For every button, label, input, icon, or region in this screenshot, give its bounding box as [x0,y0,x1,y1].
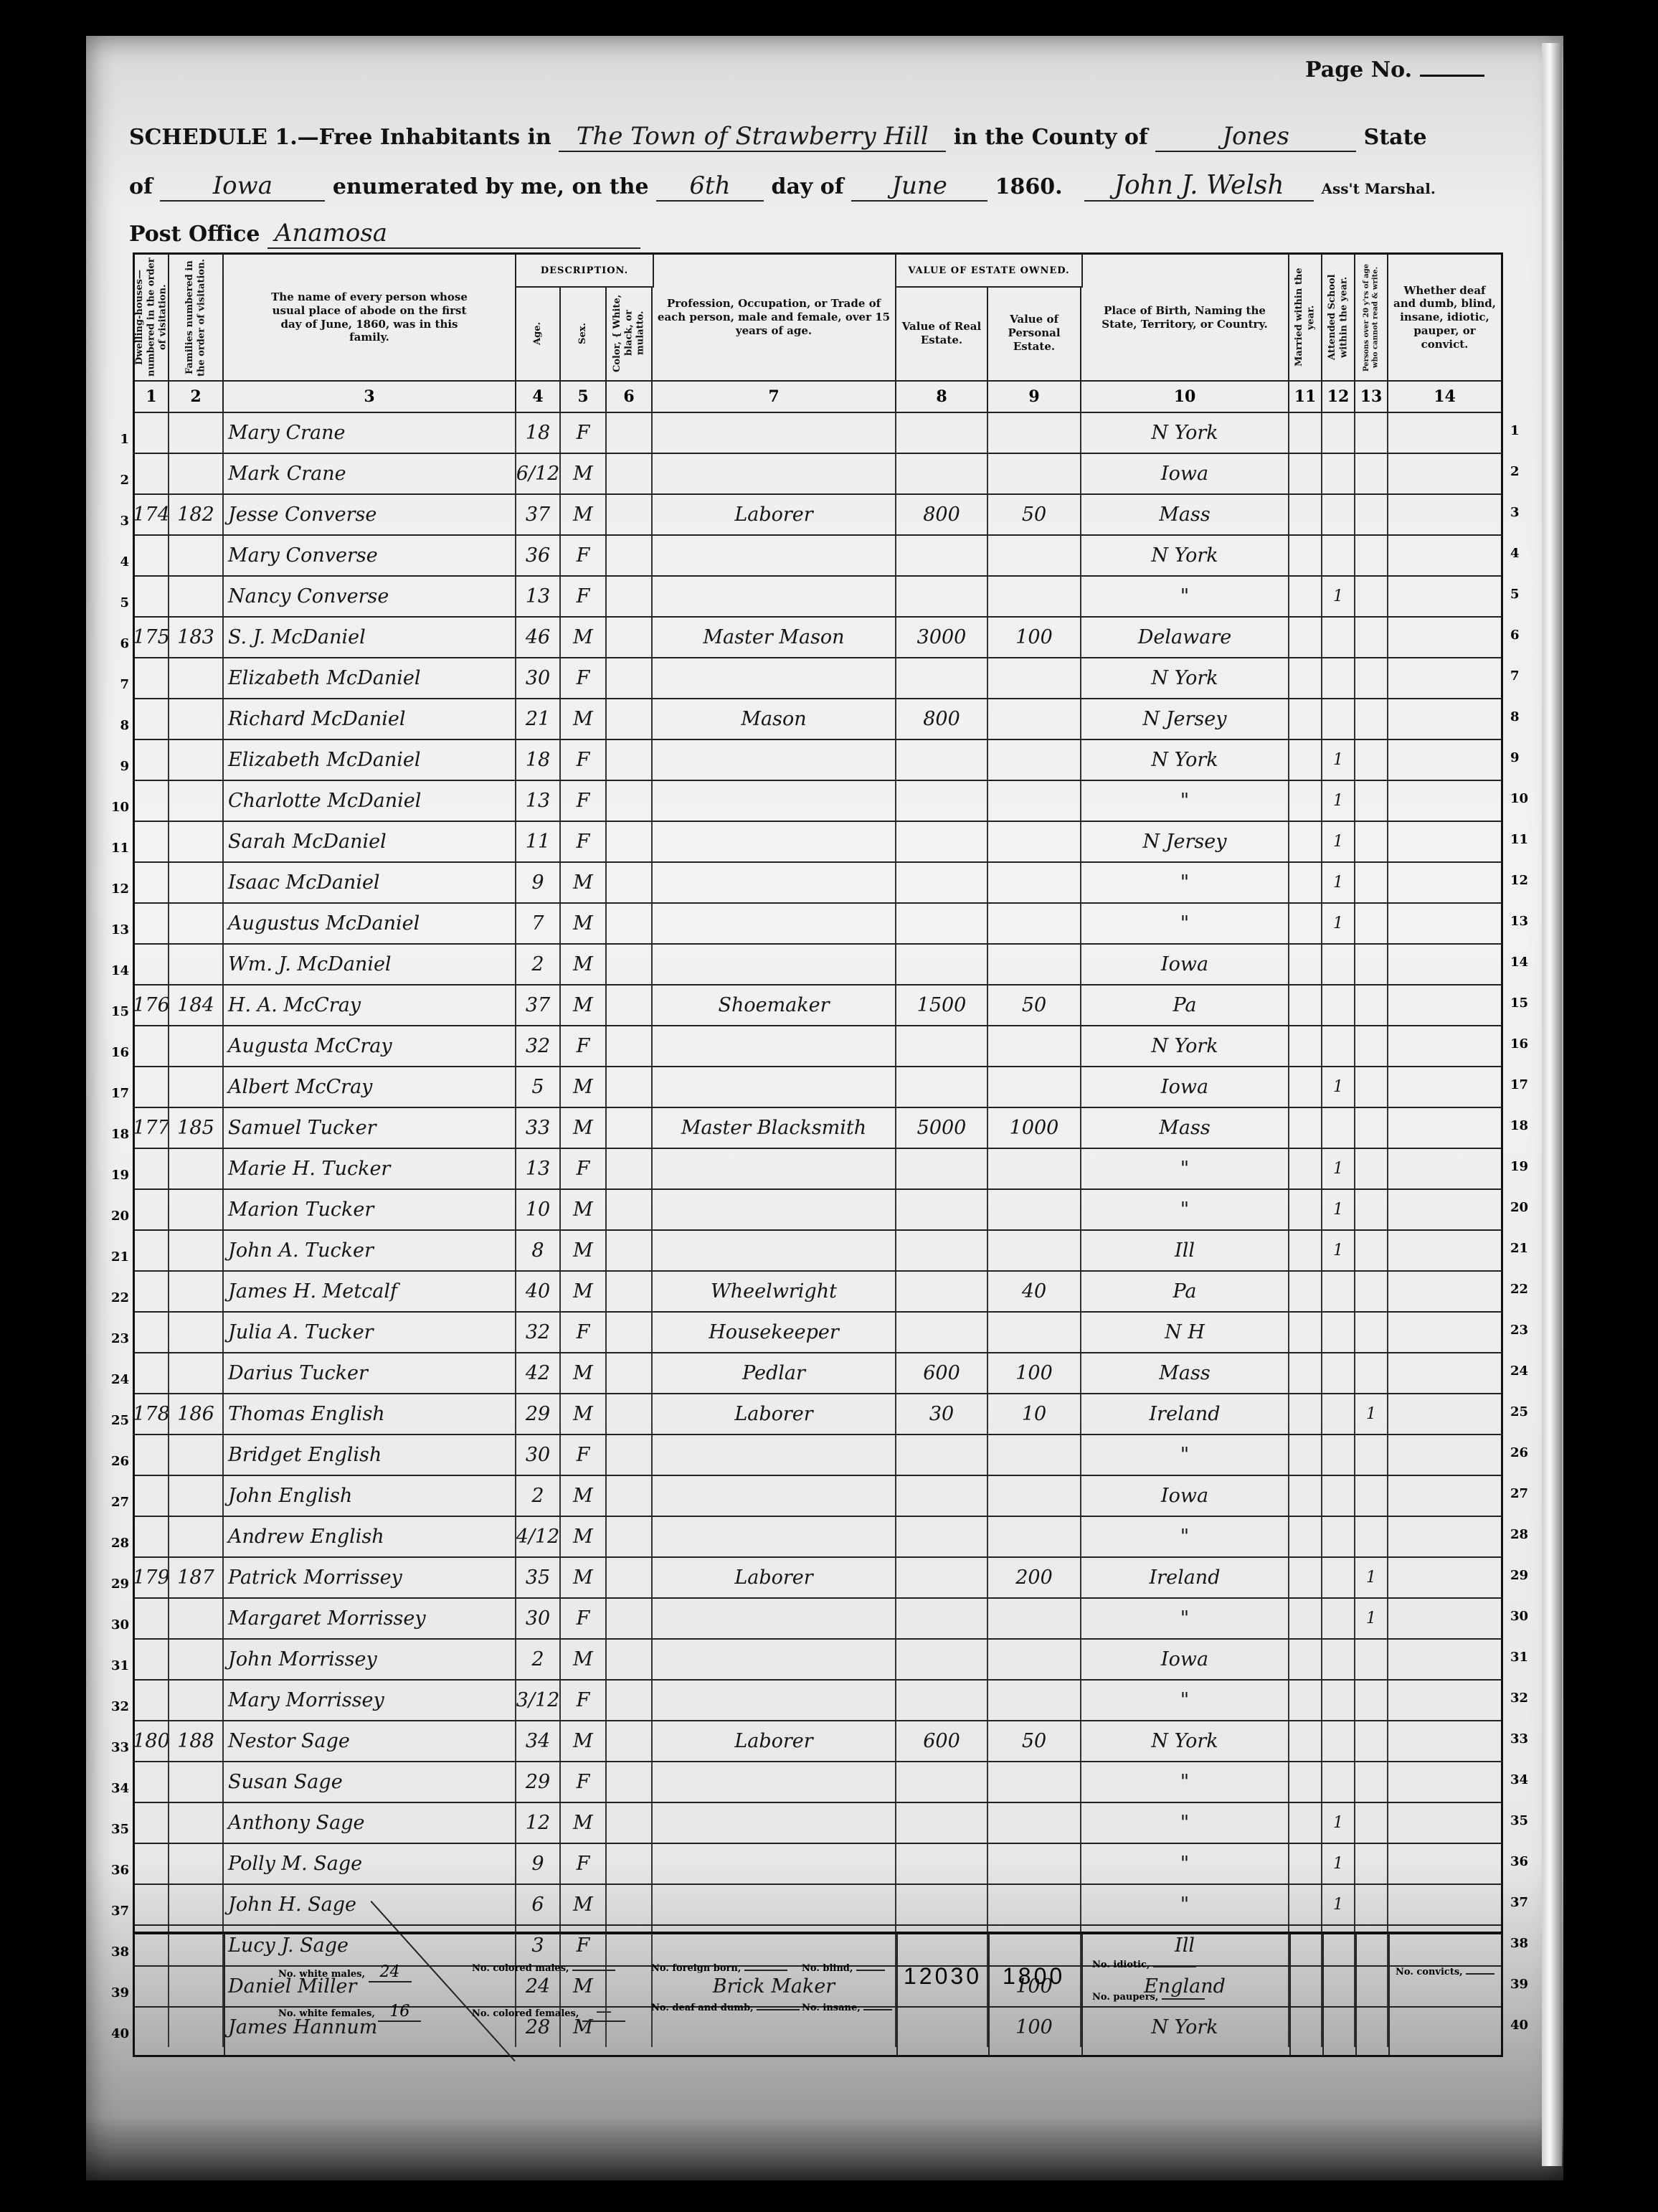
married-mark [1289,1026,1322,1066]
real-estate-value [896,1435,988,1475]
personal-estate-value [988,1517,1081,1556]
person-occupation [653,1231,896,1270]
married-mark [1289,1353,1322,1393]
white-females-summary: No. white females, 16 [278,2003,421,2022]
line-number-right: 1 [1510,423,1539,438]
blind-label: No. blind, [802,1963,853,1974]
line-number-left: 17 [100,1086,129,1101]
person-age: 29 [516,1394,561,1434]
illiterate-mark [1355,1026,1388,1066]
person-sex: F [561,1599,607,1638]
person-color [607,1231,653,1270]
person-name: Margaret Morrissey [224,1599,516,1638]
table-row: 22Mark Crane6/12MIowa [135,453,1501,493]
person-sex: M [561,986,607,1025]
personal-estate-value [988,822,1081,861]
disability-note [1388,904,1501,943]
real-estate-value [896,1558,988,1597]
person-sex: M [561,1394,607,1434]
illiterate-mark [1355,1190,1388,1229]
disability-note [1388,1149,1501,1188]
school-mark: 1 [1322,1149,1355,1188]
personal-estate-value [988,1640,1081,1679]
person-age: 9 [516,863,561,902]
marshal-label: Ass't Marshal. [1321,180,1435,197]
married-mark [1289,1394,1322,1434]
person-color [607,577,653,616]
person-color [607,781,653,821]
person-age: 11 [516,822,561,861]
line-number-left: 35 [100,1822,129,1837]
person-sex: M [561,904,607,943]
line-number-right: 38 [1510,1936,1539,1951]
col-head-real-estate-text: Value of Real Estate. [899,320,984,347]
col-num-7: 7 [653,380,896,412]
birthplace: " [1081,577,1289,616]
illiterate-mark [1355,740,1388,780]
person-color [607,495,653,534]
illiterate-mark [1355,536,1388,575]
birthplace: Pa [1081,986,1289,1025]
person-name: Isaac McDaniel [224,863,516,902]
real-estate-value [896,454,988,493]
birthplace: N Jersey [1081,822,1289,861]
illiterate-mark [1355,1476,1388,1516]
illiterate-mark [1355,1517,1388,1556]
real-estate-value [896,1681,988,1720]
table-row: 2424Darius Tucker42MPedlar600100Mass [135,1352,1501,1393]
family-number [169,1313,224,1352]
person-color [607,1762,653,1802]
school-mark [1322,536,1355,575]
school-mark: 1 [1322,1844,1355,1883]
line-number-left: 37 [100,1904,129,1919]
dwelling-number [135,1190,169,1229]
married-mark [1289,1190,1322,1229]
family-number: 188 [169,1721,224,1761]
school-mark [1322,1476,1355,1516]
line-number-right: 29 [1510,1568,1539,1583]
person-color [607,1885,653,1924]
day-of-label: day of [771,174,843,199]
disability-note [1388,1721,1501,1761]
line-number-left: 13 [100,922,129,937]
person-color [607,986,653,1025]
real-estate-value [896,740,988,780]
census-rows: 11Mary Crane18FN York22Mark Crane6/12MIo… [135,412,1501,2047]
col-head-birthplace: Place of Birth, Naming the State, Territ… [1081,255,1289,380]
illiterate-mark [1355,1108,1388,1148]
person-name: Mark Crane [224,454,516,493]
schedule-label: SCHEDULE 1.—Free Inhabitants in [129,125,551,150]
illiterate-mark [1355,1231,1388,1270]
table-row: 88Richard McDaniel21MMason800N Jersey [135,698,1501,739]
school-mark [1322,1640,1355,1679]
illiterate-mark [1355,1313,1388,1352]
disability-note [1388,1844,1501,1883]
line-number-left: 16 [100,1045,129,1060]
birthplace: " [1081,863,1289,902]
family-number [169,536,224,575]
family-number [169,1190,224,1229]
table-row: 3434Susan Sage29F" [135,1761,1501,1802]
line-number-right: 33 [1510,1731,1539,1747]
person-sex: M [561,454,607,493]
person-sex: M [561,699,607,739]
disability-note [1388,1640,1501,1679]
deaf-dumb-count [757,2009,800,2010]
person-occupation [653,1517,896,1556]
line-number-right: 2 [1510,464,1539,479]
table-row: 3333180188Nestor Sage34MLaborer60050N Yo… [135,1720,1501,1761]
dwelling-number [135,1353,169,1393]
family-number [169,1885,224,1924]
disability-note [1388,454,1501,493]
person-sex: M [561,1517,607,1556]
person-name: Augustus McDaniel [224,904,516,943]
person-color [607,1435,653,1475]
line-number-right: 39 [1510,1977,1539,1992]
birthplace: " [1081,1844,1289,1883]
married-mark [1289,1435,1322,1475]
person-sex: F [561,740,607,780]
dwelling-number [135,1517,169,1556]
school-mark: 1 [1322,822,1355,861]
person-occupation: Wheelwright [653,1272,896,1311]
birthplace: N York [1081,740,1289,780]
person-name: Samuel Tucker [224,1108,516,1148]
illiterate-mark [1355,863,1388,902]
family-number: 184 [169,986,224,1025]
line-number-left: 12 [100,882,129,897]
table-row: 44Mary Converse36FN York [135,534,1501,575]
person-color [607,1108,653,1148]
col-head-illiterate-text: Persons over 20 y'rs of age who cannot r… [1363,257,1380,377]
school-mark [1322,1721,1355,1761]
col-head-occupation: Profession, Occupation, or Trade of each… [653,255,896,380]
disability-note [1388,1394,1501,1434]
line-number-right: 7 [1510,668,1539,684]
estate-group-head: VALUE OF ESTATE OWNED. [896,255,1083,288]
birthplace: " [1081,1517,1289,1556]
page-number-value [1420,75,1484,77]
married-mark [1289,536,1322,575]
line-number-right: 32 [1510,1691,1539,1706]
line-number-right: 12 [1510,873,1539,888]
person-occupation: Laborer [653,1558,896,1597]
school-mark [1322,1517,1355,1556]
disability-note [1388,1517,1501,1556]
real-estate-value: 3000 [896,618,988,657]
illiterate-mark [1355,1721,1388,1761]
personal-estate-value [988,781,1081,821]
line-number-right: 4 [1510,546,1539,561]
line-number-right: 21 [1510,1241,1539,1256]
line-number-right: 13 [1510,914,1539,929]
person-age: 35 [516,1558,561,1597]
blind-count [856,1970,885,1971]
person-sex: M [561,1190,607,1229]
table-row: 2929179187Patrick Morrissey35MLaborer200… [135,1556,1501,1597]
dwelling-number: 177 [135,1108,169,1148]
real-estate-value: 800 [896,699,988,739]
col-head-disability: Whether deaf and dumb, blind, insane, id… [1388,255,1501,380]
line-number-left: 36 [100,1863,129,1878]
col-num-4: 4 [516,380,561,412]
line-number-left: 19 [100,1168,129,1183]
person-name: H. A. McCray [224,986,516,1025]
personal-estate-value [988,536,1081,575]
person-sex: M [561,1803,607,1843]
line-number-left: 10 [100,800,129,815]
birthplace: " [1081,1599,1289,1638]
disability-note [1388,413,1501,453]
line-number-right: 10 [1510,791,1539,806]
person-name: John A. Tucker [224,1231,516,1270]
colored-females-count: — [582,2003,625,2022]
state-label: State [1364,125,1427,150]
school-mark: 1 [1322,781,1355,821]
table-row: 1111Sarah McDaniel11FN Jersey1 [135,821,1501,861]
person-sex: F [561,1435,607,1475]
table-row: 1010Charlotte McDaniel13F"1 [135,780,1501,821]
line-number-left: 30 [100,1617,129,1632]
person-color [607,863,653,902]
footer-divider [224,1934,225,2055]
page-number-label: Page No. [1305,57,1412,82]
person-occupation [653,577,896,616]
school-mark: 1 [1322,577,1355,616]
school-mark: 1 [1322,1190,1355,1229]
person-age: 32 [516,1313,561,1352]
person-age: 32 [516,1026,561,1066]
person-name: Elizabeth McDaniel [224,658,516,698]
insane-label: No. insane, [802,2003,861,2013]
idiotic-label: No. idiotic, [1092,1960,1150,1970]
person-occupation [653,781,896,821]
line-number-right: 20 [1510,1200,1539,1215]
school-mark [1322,495,1355,534]
person-occupation [653,822,896,861]
line-number-left: 7 [100,677,129,692]
illiterate-mark [1355,1762,1388,1802]
table-row: 2626Bridget English30F" [135,1434,1501,1475]
line-number-left: 3 [100,514,129,529]
footer-divider [1322,1934,1324,2055]
col-head-personal-estate: Value of Personal Estate. [988,286,1081,380]
footer-divider [1289,1934,1291,2055]
school-mark [1322,1313,1355,1352]
personal-estate-value: 50 [988,986,1081,1025]
county-label: in the County of [954,125,1148,150]
real-estate-value [896,1803,988,1843]
illiterate-mark: 1 [1355,1394,1388,1434]
birthplace: " [1081,1149,1289,1188]
illiterate-mark [1355,822,1388,861]
disability-note [1388,1762,1501,1802]
dwelling-number [135,863,169,902]
school-mark [1322,1108,1355,1148]
disability-note [1388,1681,1501,1720]
person-sex: F [561,1762,607,1802]
illiterate-mark [1355,1844,1388,1883]
family-number [169,1517,224,1556]
married-mark [1289,1844,1322,1883]
person-name: S. J. McDaniel [224,618,516,657]
person-sex: M [561,1476,607,1516]
description-group-head: DESCRIPTION. [516,255,654,288]
col-num-8: 8 [896,380,988,412]
census-table: Dwelling-houses— numbered in the order o… [133,252,1503,2057]
person-color [607,413,653,453]
birthplace: N Jersey [1081,699,1289,739]
family-number [169,1231,224,1270]
personal-estate-value: 1000 [988,1108,1081,1148]
person-occupation: Shoemaker [653,986,896,1025]
person-sex: F [561,1313,607,1352]
illiterate-mark [1355,1353,1388,1393]
white-males-count: 24 [369,1963,412,1982]
line-number-left: 15 [100,1004,129,1019]
person-age: 30 [516,1435,561,1475]
illiterate-mark [1355,658,1388,698]
dwelling-number: 178 [135,1394,169,1434]
illiterate-mark: 1 [1355,1558,1388,1597]
person-occupation [653,1844,896,1883]
person-occupation [653,1681,896,1720]
school-mark: 1 [1322,740,1355,780]
insane-summary: No. insane, [802,2003,892,2013]
family-number [169,904,224,943]
person-age: 7 [516,904,561,943]
line-number-left: 32 [100,1699,129,1714]
family-number [169,454,224,493]
person-occupation: Housekeeper [653,1313,896,1352]
line-number-right: 28 [1510,1527,1539,1542]
family-number: 183 [169,618,224,657]
person-sex: M [561,1108,607,1148]
married-mark [1289,1476,1322,1516]
place-name: The Town of Strawberry Hill [559,122,946,152]
of-label: of [129,174,153,199]
family-number: 182 [169,495,224,534]
real-estate-total: 12030 [904,1963,982,1990]
personal-estate-value: 100 [988,1353,1081,1393]
family-number [169,699,224,739]
married-mark [1289,699,1322,739]
person-sex: M [561,1885,607,1924]
table-row: 1313Augustus McDaniel7M"1 [135,902,1501,943]
birthplace: Mass [1081,1108,1289,1148]
married-mark [1289,1640,1322,1679]
disability-note [1388,740,1501,780]
table-row: 2222James H. Metcalf40MWheelwright40Pa [135,1270,1501,1311]
family-number [169,1803,224,1843]
real-estate-value [896,1231,988,1270]
person-name: Thomas English [224,1394,516,1434]
line-number-left: 8 [100,718,129,733]
col-head-married: Married within the year. [1289,255,1322,380]
disability-note [1388,699,1501,739]
dwelling-number: 175 [135,618,169,657]
dwelling-number [135,1681,169,1720]
illiterate-mark [1355,1640,1388,1679]
col-head-name-text: The name of every person whose usual pla… [262,290,477,344]
line-number-left: 2 [100,473,129,488]
person-name: Marie H. Tucker [224,1149,516,1188]
personal-estate-value: 50 [988,1721,1081,1761]
line-number-right: 27 [1510,1486,1539,1501]
person-age: 5 [516,1067,561,1107]
family-number [169,1435,224,1475]
birthplace: " [1081,1190,1289,1229]
person-occupation [653,658,896,698]
school-mark: 1 [1322,1067,1355,1107]
col-head-married-text: Married within the year. [1294,257,1317,377]
birthplace: Iowa [1081,1067,1289,1107]
foreign-born-summary: No. foreign born, [651,1963,787,1974]
col-num-3: 3 [224,380,516,412]
person-color [607,1517,653,1556]
personal-estate-value [988,740,1081,780]
person-name: Mary Converse [224,536,516,575]
dwelling-number [135,1885,169,1924]
birthplace: Iowa [1081,1476,1289,1516]
person-age: 13 [516,1149,561,1188]
person-sex: F [561,536,607,575]
person-age: 34 [516,1721,561,1761]
insane-count [863,2009,892,2010]
illiterate-mark [1355,904,1388,943]
disability-note [1388,1313,1501,1352]
illiterate-mark [1355,781,1388,821]
table-row: 2020Marion Tucker10M"1 [135,1188,1501,1229]
family-number: 185 [169,1108,224,1148]
school-mark [1322,1353,1355,1393]
enumeration-month: June [851,171,987,202]
person-color [607,740,653,780]
illiterate-mark [1355,699,1388,739]
person-age: 3/12 [516,1681,561,1720]
table-row: 2323Julia A. Tucker32FHousekeeperN H [135,1311,1501,1352]
real-estate-value: 30 [896,1394,988,1434]
person-occupation: Mason [653,699,896,739]
table-row: 1717Albert McCray5MIowa1 [135,1066,1501,1107]
post-office-line: Post Office Anamosa [129,219,640,249]
convicts-summary: No. convicts, [1396,1967,1494,1977]
married-mark [1289,1721,1322,1761]
line-number-right: 31 [1510,1650,1539,1665]
col-num-10: 10 [1081,380,1289,412]
table-row: 11Mary Crane18FN York [135,412,1501,453]
disability-note [1388,822,1501,861]
married-mark [1289,1803,1322,1843]
person-occupation: Master Mason [653,618,896,657]
summary-footer: No. white males, 24 No. white females, 1… [135,1932,1501,2055]
person-age: 30 [516,658,561,698]
personal-estate-value: 10 [988,1394,1081,1434]
person-name: Nestor Sage [224,1721,516,1761]
line-number-left: 40 [100,2026,129,2041]
married-mark [1289,454,1322,493]
deaf-dumb-summary: No. deaf and dumb, [651,2003,800,2013]
line-number-right: 35 [1510,1813,1539,1828]
enumerator-signature: John J. Welsh [1084,171,1314,202]
family-number [169,577,224,616]
table-row: 2525178186Thomas English29MLaborer3010Ir… [135,1393,1501,1434]
col-head-color-text: Color, { White, black, or mulatto. [612,289,647,377]
line-number-right: 30 [1510,1609,1539,1624]
